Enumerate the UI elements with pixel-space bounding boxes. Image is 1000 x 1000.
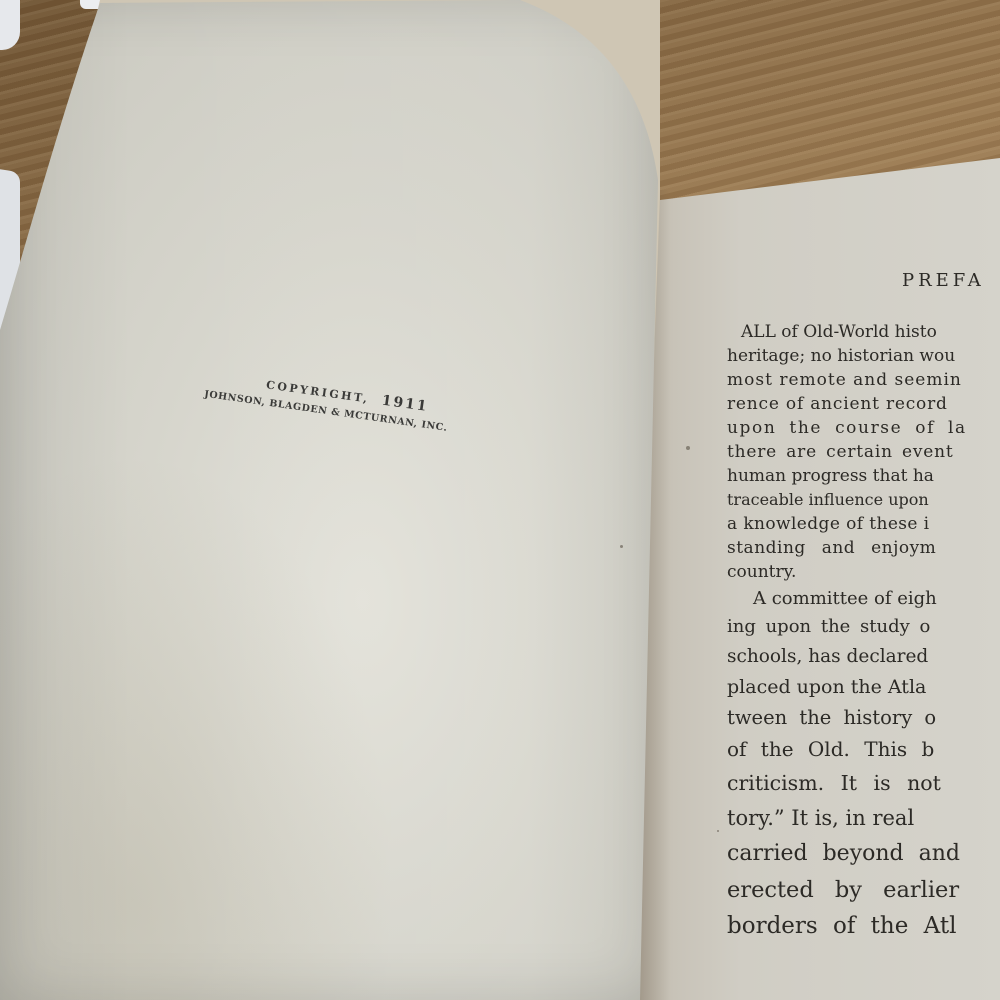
text-line: of the Old. This b	[727, 733, 1000, 766]
text-line: there are certain event	[727, 440, 1000, 464]
text-line: standing and enjoym	[727, 536, 1000, 560]
text-line: ing upon the study o	[727, 612, 1000, 642]
text-line: heritage; no historian wou	[727, 344, 1000, 368]
text-line: traceable influence upon	[727, 488, 1000, 512]
text-line: tory.” It is, in real	[727, 800, 1000, 836]
text-line: a knowledge of these i	[727, 512, 1000, 536]
text-line: placed upon the Atla	[727, 672, 1000, 702]
text-line: carried beyond and	[727, 836, 1000, 872]
text-line: borders of the Atl	[727, 908, 1000, 944]
text-line: tween the history o	[727, 702, 1000, 733]
text-line: ALL of Old-World histo	[727, 320, 1000, 344]
text-line: rence of ancient record	[727, 392, 1000, 416]
preface-body: ALL of Old-World histo heritage; no hist…	[727, 320, 1000, 944]
text-line: upon the course of la	[727, 416, 1000, 440]
text-line: human progress that ha	[727, 464, 1000, 488]
preface-heading: PREFA	[902, 270, 985, 291]
text-line: most remote and seemin	[727, 368, 1000, 392]
text-line: A committee of eigh	[727, 584, 1000, 612]
paper-spot	[620, 545, 623, 548]
text-line: erected by earlier	[727, 872, 1000, 908]
text-line: country.	[727, 560, 1000, 584]
paper-spot	[686, 446, 690, 450]
text-line: schools, has declared	[727, 642, 1000, 672]
left-page-shading	[0, 0, 660, 1000]
paper-spot	[717, 830, 719, 832]
text-line: criticism. It is not	[727, 766, 1000, 800]
